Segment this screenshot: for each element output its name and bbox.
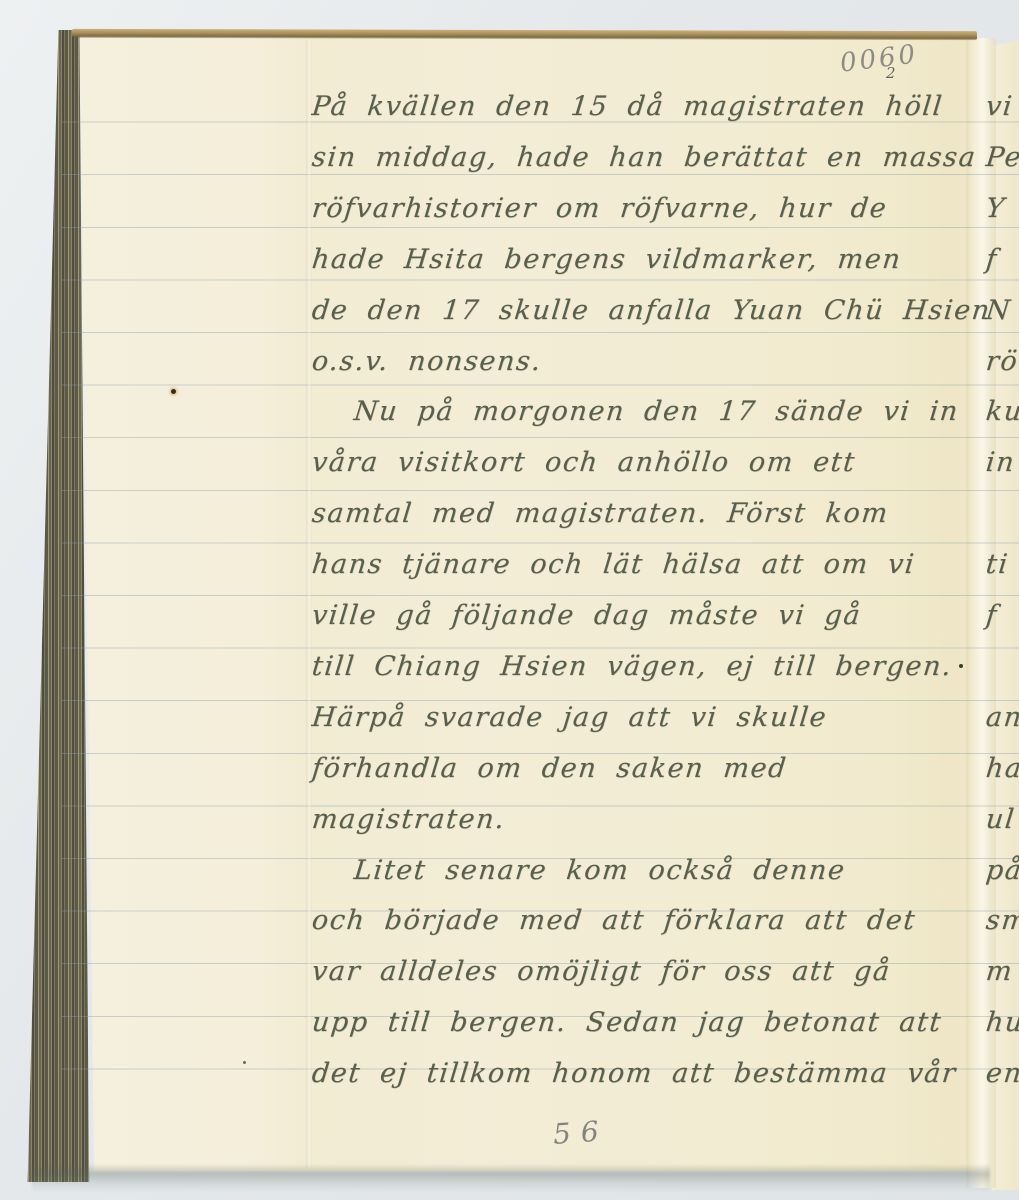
handwritten-line: förhandla om den saken med bbox=[311, 755, 789, 783]
next-page-fragment: hu bbox=[985, 1009, 1019, 1037]
next-page-fragment: m bbox=[985, 958, 1015, 986]
handwritten-line: de den 17 skulle anfalla Yuan Chü Hsien bbox=[311, 297, 993, 325]
handwritten-line: magistraten. bbox=[311, 806, 507, 834]
handwritten-line: hans tjänare och lät hälsa att om vi bbox=[311, 551, 917, 579]
next-page-fragment: sm bbox=[985, 907, 1019, 935]
next-page-fragment: rö bbox=[985, 348, 1019, 376]
next-page-fragment: ku bbox=[985, 398, 1019, 426]
handwritten-line: våra visitkort och anhöllo om ett bbox=[311, 449, 858, 477]
handwritten-line: Litet senare kom också denne bbox=[353, 857, 847, 885]
next-page-fragment: ha bbox=[985, 755, 1019, 783]
handwritten-line: var alldeles omöjligt för oss att gå bbox=[311, 958, 893, 986]
ink-speck bbox=[243, 1061, 246, 1064]
next-page-fragment: f bbox=[985, 246, 1000, 274]
page-number: 56 bbox=[552, 1114, 610, 1151]
ink-speck bbox=[171, 389, 176, 394]
next-page-fragment: vi bbox=[985, 93, 1015, 121]
handwritten-line: ville gå följande dag måste vi gå bbox=[311, 602, 863, 630]
handwritten-line: Nu på morgonen den 17 sände vi in bbox=[353, 398, 961, 426]
handwritten-line: sin middag, hade han berättat en massa bbox=[311, 144, 978, 172]
page-bottom-shadow bbox=[32, 1164, 990, 1192]
scanned-notebook-photo: På kvällen den 15 då magistraten höllsin… bbox=[0, 0, 1019, 1200]
handwritten-line: samtal med magistraten. Först kom bbox=[311, 500, 891, 528]
next-page-fragment: ul bbox=[985, 806, 1017, 834]
ink-speck bbox=[959, 664, 963, 668]
handwritten-line: Härpå svarade jag att vi skulle bbox=[311, 704, 829, 732]
next-page-fragment: N bbox=[985, 297, 1013, 325]
next-page-fragment: Pek bbox=[985, 144, 1019, 172]
handwritten-line: och började med att förklara att det bbox=[311, 907, 918, 935]
next-page-fragment: an bbox=[985, 704, 1019, 732]
next-page-fragment: en bbox=[985, 1060, 1019, 1088]
next-page-fragment: in bbox=[985, 449, 1017, 477]
next-page-fragment: ti bbox=[985, 551, 1011, 579]
next-page-fragment: Y bbox=[985, 195, 1007, 223]
handwritten-line: röfvarhistorier om röfvarne, hur de bbox=[311, 195, 889, 223]
handwritten-line: det ej tillkom honom att bestämma vår bbox=[311, 1060, 958, 1088]
handwritten-line: På kvällen den 15 då magistraten höll bbox=[311, 93, 945, 121]
handwritten-line: till Chiang Hsien vägen, ej till bergen. bbox=[311, 653, 954, 681]
handwritten-line: upp till bergen. Sedan jag betonat att bbox=[311, 1009, 944, 1037]
next-page-fragment: f bbox=[985, 602, 1000, 630]
handwritten-line: o.s.v. nonsens. bbox=[311, 348, 544, 376]
handwritten-line: hade Hsita bergens vildmarker, men bbox=[311, 246, 903, 274]
next-page-fragment: på bbox=[985, 857, 1019, 885]
